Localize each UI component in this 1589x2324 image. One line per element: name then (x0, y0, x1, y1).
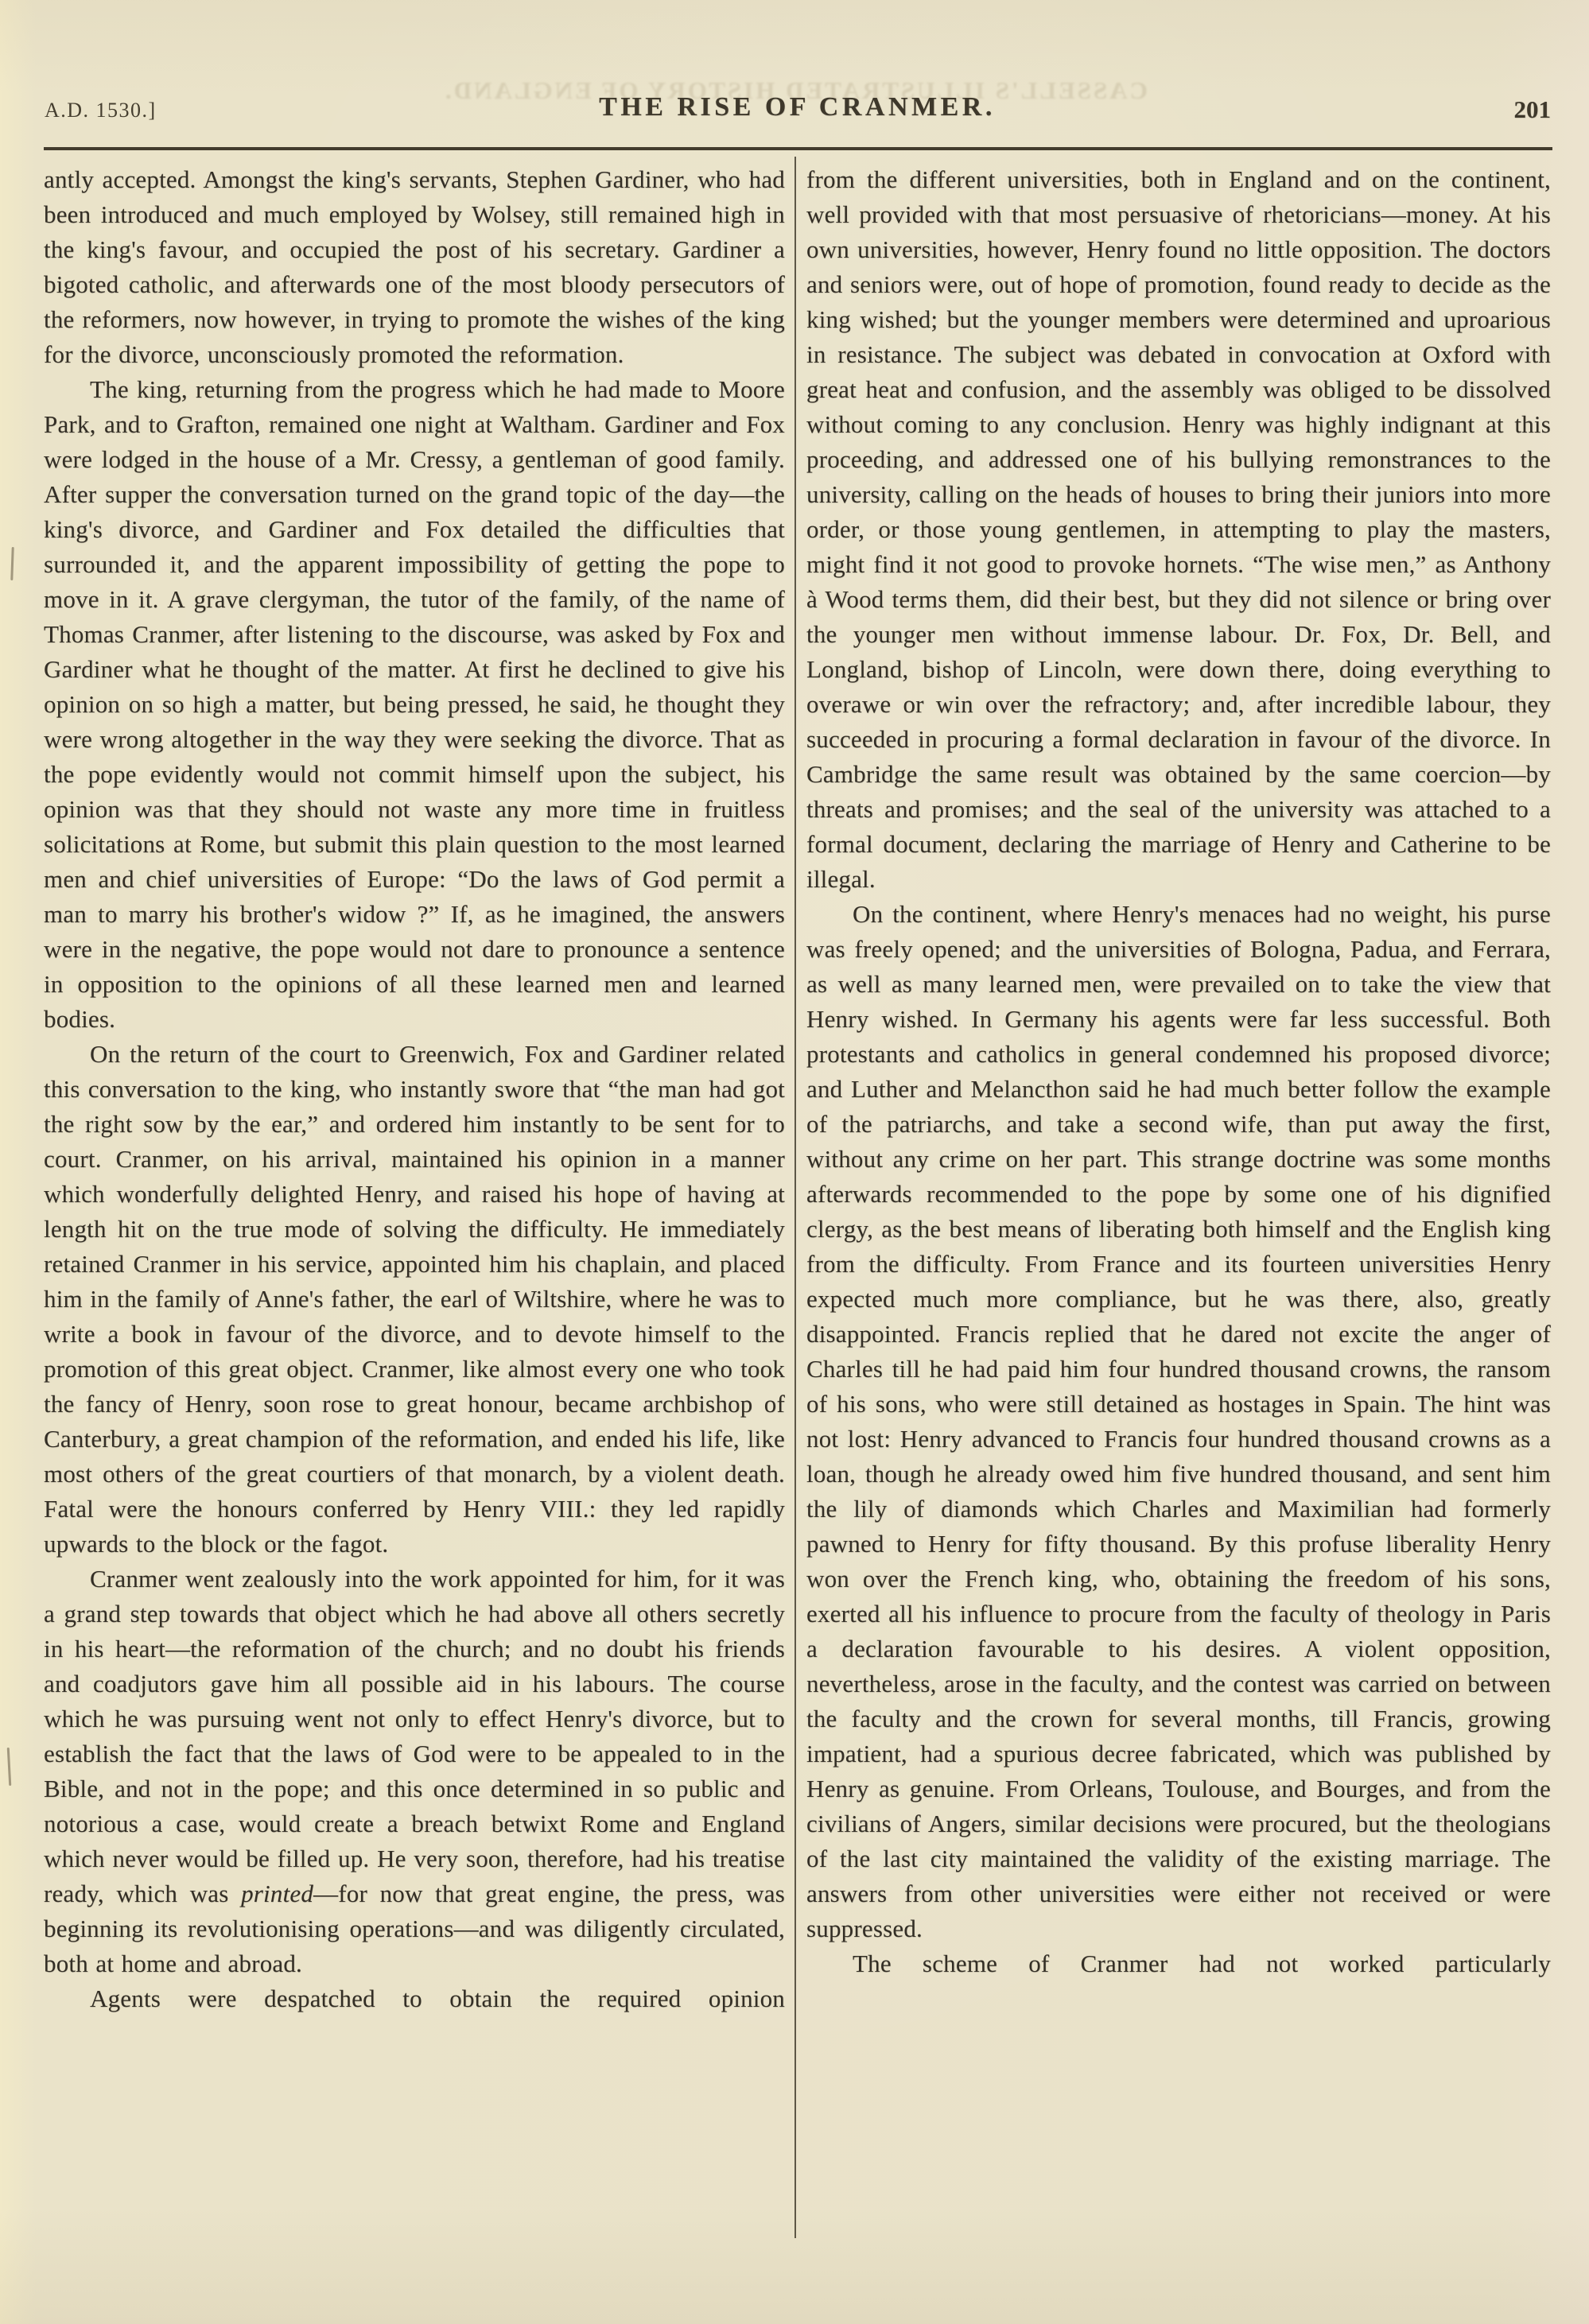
book-page: CASSELL'S ILLUSTRATED HISTORY OF ENGLAND… (0, 0, 1589, 2324)
margin-pencil-mark (7, 1748, 12, 1786)
paragraph: On the return of the court to Greenwich,… (44, 1037, 785, 1562)
column-divider-rule (794, 157, 796, 2238)
header-rule (44, 147, 1552, 150)
paragraph: Cranmer went zealously into the work app… (44, 1562, 785, 1981)
paragraph: On the continent, where Henry's menaces … (806, 897, 1551, 1946)
paragraph: from the different universities, both in… (806, 162, 1551, 897)
paragraph: The king, returning from the progress wh… (44, 372, 785, 1037)
paragraph: antly accepted. Amongst the king's serva… (44, 162, 785, 372)
margin-pencil-mark (10, 547, 14, 580)
left-column: antly accepted. Amongst the king's serva… (44, 162, 785, 2016)
header-title: THE RISE OF CRANMER. (44, 92, 1551, 122)
header-page-number: 201 (1514, 95, 1552, 124)
right-column: from the different universities, both in… (806, 162, 1551, 1981)
paragraph: Agents were despatched to obtain the req… (44, 1981, 785, 2016)
paragraph: The scheme of Cranmer had not worked par… (806, 1946, 1551, 1981)
